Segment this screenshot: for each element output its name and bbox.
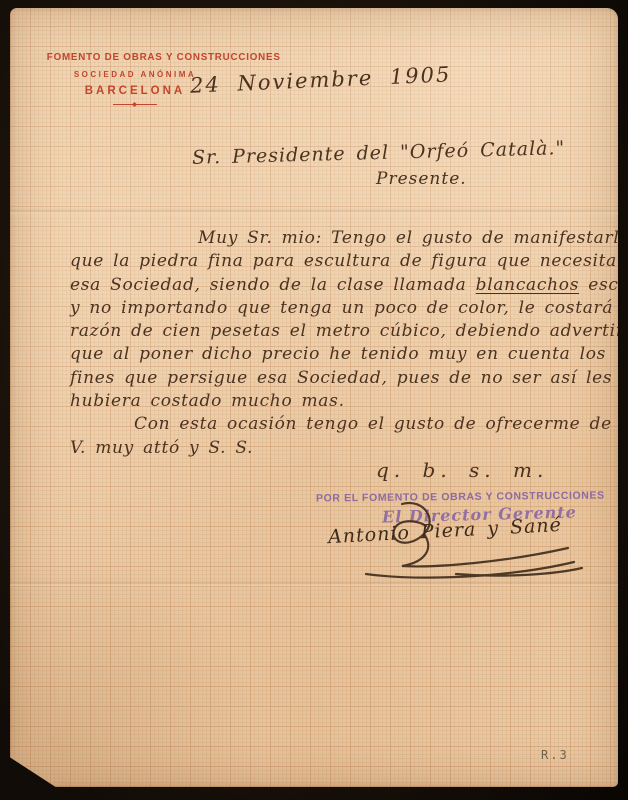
- letter-body-line: que la piedra fina para escultura de fig…: [70, 250, 604, 273]
- pencil-note: R.3: [541, 748, 569, 762]
- recipient-line: Sr. Presidente del "Orfeó Català.": [192, 137, 566, 169]
- letter-body-line: hubiera costado mucho mas.: [70, 390, 604, 413]
- recipient-presente: Presente.: [376, 169, 467, 189]
- letter-body-line: esa Sociedad, siendo de la clase llamada…: [70, 274, 604, 297]
- letter-body-text: esa Sociedad, siendo de la clase llamada: [70, 275, 476, 295]
- letter-body-line: fines que persigue esa Sociedad, pues de…: [70, 367, 604, 390]
- underlined-word: blancachos: [476, 275, 580, 295]
- date-line: 24 Noviembre 1905: [190, 62, 452, 97]
- letter-body-text: escojido: [579, 275, 628, 295]
- letterhead-company: FOMENTO DE OBRAS Y CONSTRUCCIONES: [47, 52, 223, 63]
- letter-body-line: que al poner dicho precio he tenido muy …: [70, 343, 604, 366]
- letter-body-line: Con esta ocasión tengo el gusto de ofrec…: [70, 413, 604, 436]
- letter-body-line: V. muy attó y S. S.: [70, 437, 604, 460]
- fold-crease: [10, 580, 618, 588]
- letterhead-ornament-icon: [113, 101, 157, 108]
- signature-text: Antonio Piera y Sané: [328, 514, 563, 548]
- paper-sheet: FOMENTO DE OBRAS Y CONSTRUCCIONES SOCIED…: [10, 8, 618, 787]
- letter-body-line: razón de cien pesetas el metro cúbico, d…: [70, 320, 604, 343]
- letter-body-line: Muy Sr. mio: Tengo el gusto de manifesta…: [70, 227, 604, 250]
- fold-crease: [10, 208, 618, 216]
- letter-body-line: y no importando que tenga un poco de col…: [70, 297, 604, 320]
- letter-body: Muy Sr. mio: Tengo el gusto de manifesta…: [70, 227, 604, 460]
- photo-backdrop: FOMENTO DE OBRAS Y CONSTRUCCIONES SOCIED…: [0, 0, 628, 800]
- closing-formula: q. b. s. m.: [376, 458, 548, 482]
